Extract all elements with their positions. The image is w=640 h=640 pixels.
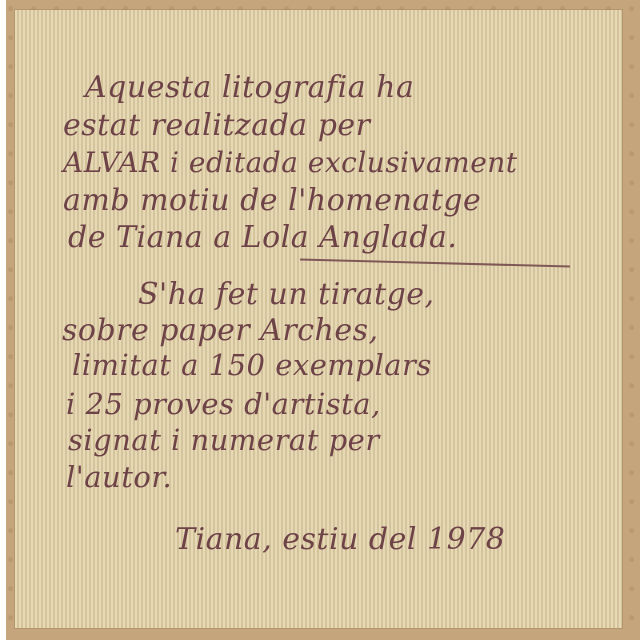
text-line-6: S'ha fet un tiratge, — [138, 277, 435, 312]
text-line-9: i 25 proves d'artista, — [66, 387, 381, 421]
signature-date-line: Tiana, estiu del 1978 — [175, 522, 505, 557]
text-line-10: signat i numerat per — [68, 423, 380, 457]
text-line-3: ALVAR i editada exclusivament — [63, 146, 518, 179]
text-line-8: limitat a 150 exemplars — [72, 348, 432, 382]
text-line-11: l'autor. — [66, 460, 172, 494]
text-line-5: de Tiana a Lola Anglada. — [68, 220, 457, 255]
text-line-4: amb motiu de l'homenatge — [63, 183, 481, 218]
text-line-2: estat realitzada per — [63, 108, 371, 143]
text-line-1: Aquesta litografia ha — [85, 70, 414, 105]
text-line-7: sobre paper Arches, — [62, 313, 379, 348]
